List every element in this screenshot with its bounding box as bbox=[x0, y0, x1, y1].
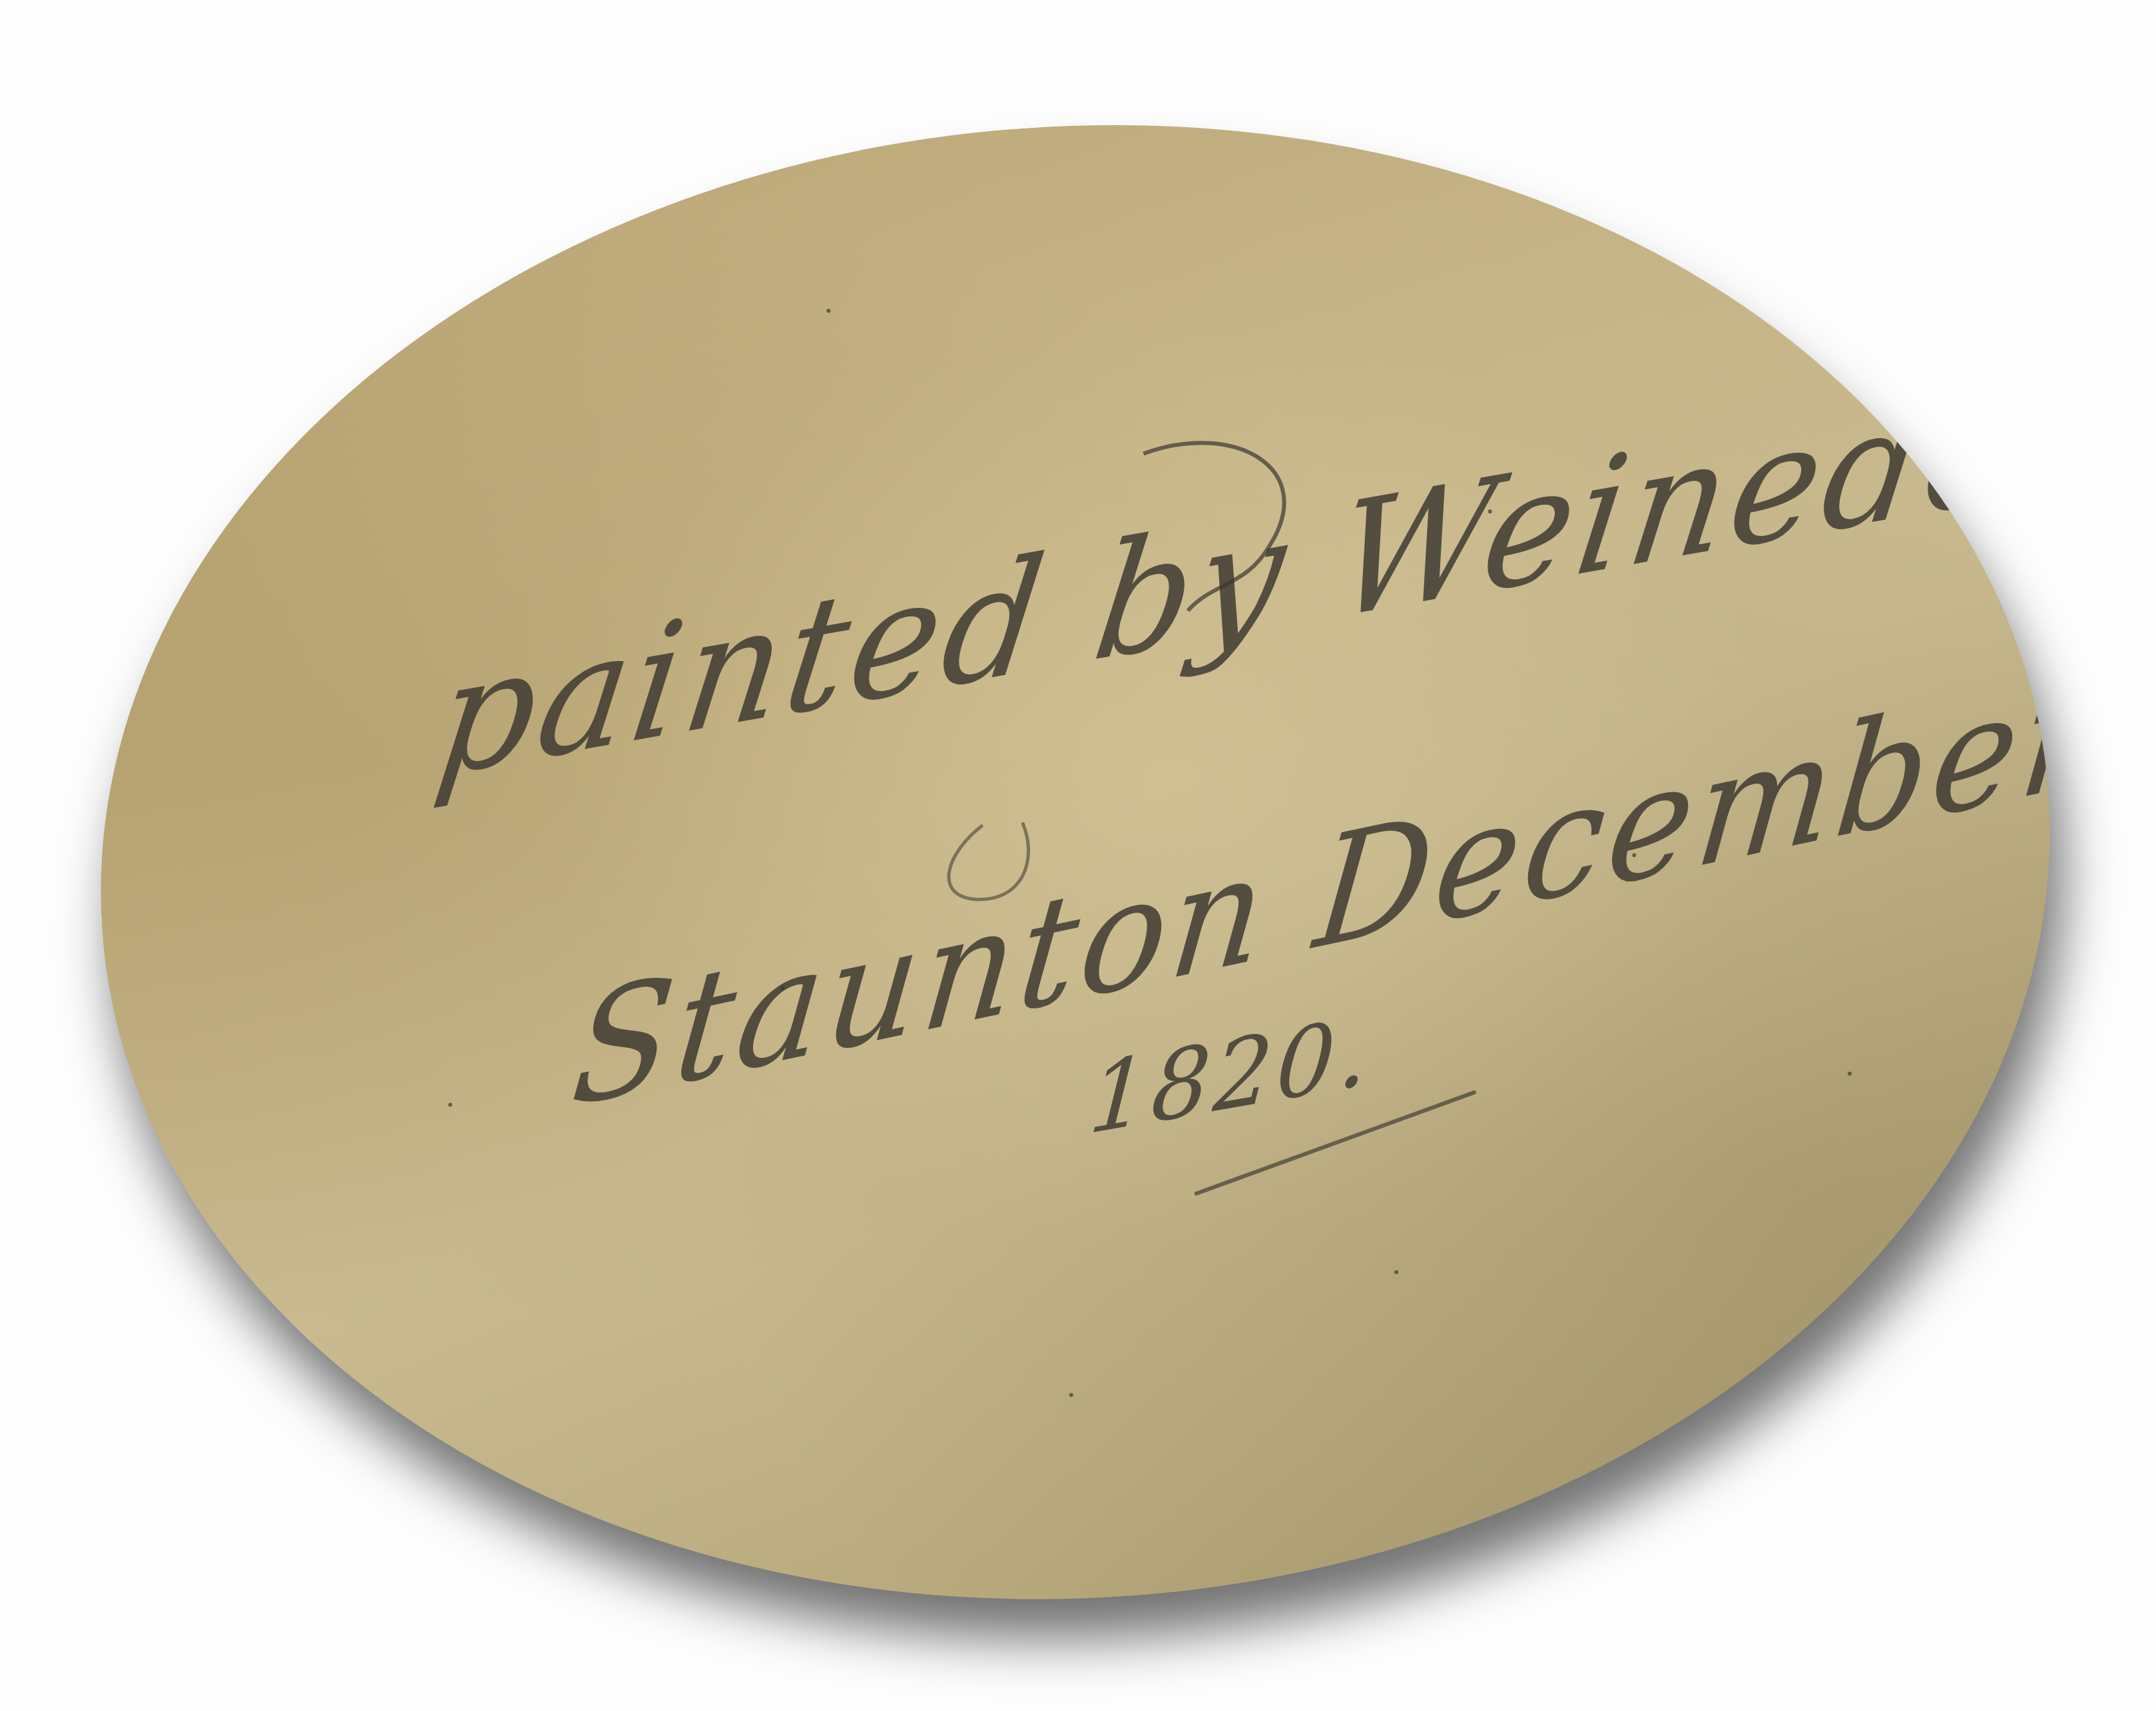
pen-flourish bbox=[890, 425, 1388, 923]
oval-card: painted by Weinedel, Staunton December 2… bbox=[51, 60, 2099, 1664]
paper-speck bbox=[1848, 1071, 1852, 1075]
paper-speck bbox=[448, 1102, 452, 1106]
photo-canvas: painted by Weinedel, Staunton December 2… bbox=[0, 0, 2156, 1711]
paper-speck bbox=[1394, 1270, 1398, 1274]
paper-speck bbox=[1069, 1393, 1073, 1397]
paper-speck bbox=[826, 309, 830, 313]
